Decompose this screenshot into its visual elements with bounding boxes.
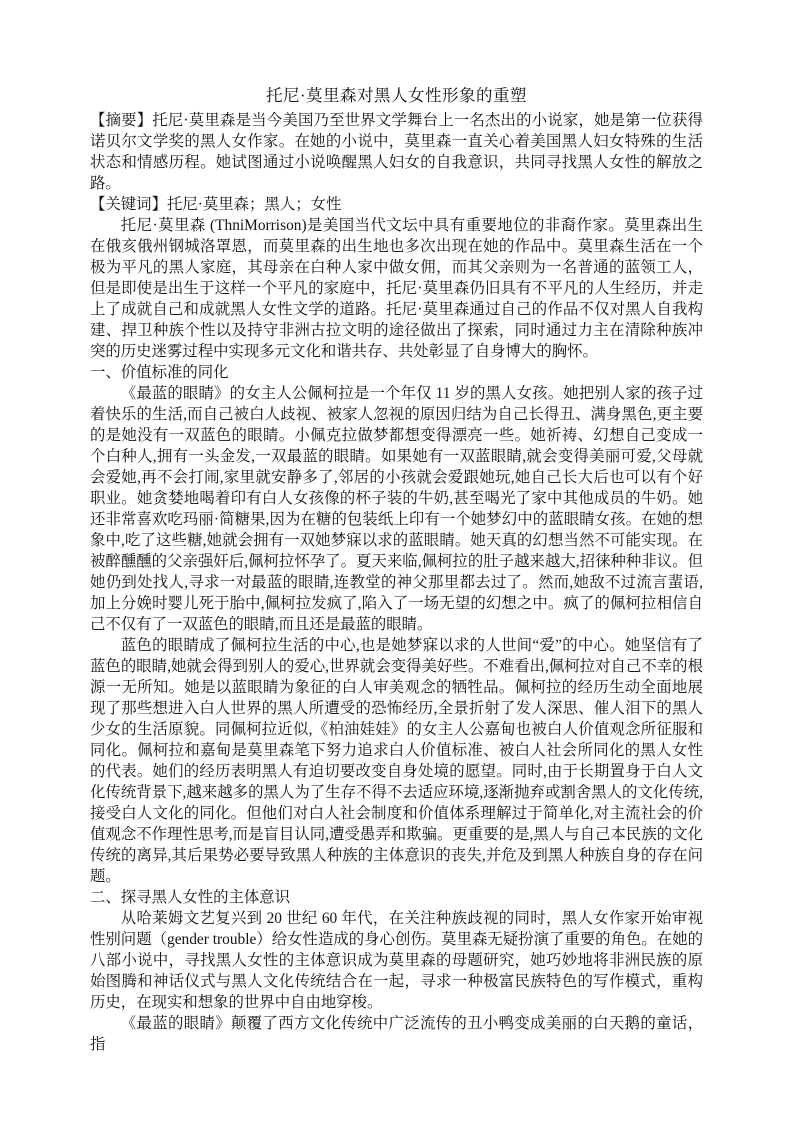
keywords-line: 【关键词】托尼·莫里森；黑人；女性 (90, 194, 703, 215)
section1-paragraph-1: 《最蓝的眼睛》的女主人公佩柯拉是一个年仅 11 岁的黑人女孩。她把别人家的孩子过… (90, 383, 703, 635)
document-page: 托尼·莫里森对黑人女性形象的重塑 【摘要】托尼·莫里森是当今美国乃至世界文学舞台… (0, 0, 793, 1122)
introduction-paragraph: 托尼·莫里森 (ThniMorrison)是美国当代文坛中具有重要地位的非裔作家… (90, 215, 703, 362)
section-heading-1: 一、价值标准的同化 (90, 362, 703, 383)
document-title: 托尼·莫里森对黑人女性形象的重塑 (90, 84, 703, 107)
section-heading-2: 二、探寻黑人女性的主体意识 (90, 887, 703, 908)
section2-paragraph-1: 从哈莱姆文艺复兴到 20 世纪 60 年代，在关注种族歧视的同时，黑人女作家开始… (90, 908, 703, 1013)
section2-paragraph-2: 《最蓝的眼睛》颠覆了西方文化传统中广泛流传的丑小鸭变成美丽的白天鹅的童话，指 (90, 1013, 703, 1055)
abstract-paragraph: 【摘要】托尼·莫里森是当今美国乃至世界文学舞台上一名杰出的小说家，她是第一位获得… (90, 110, 703, 194)
section1-paragraph-2: 蓝色的眼睛成了佩柯拉生活的中心,也是她梦寐以求的人世间“爱”的中心。她坚信有了蓝… (90, 635, 703, 887)
